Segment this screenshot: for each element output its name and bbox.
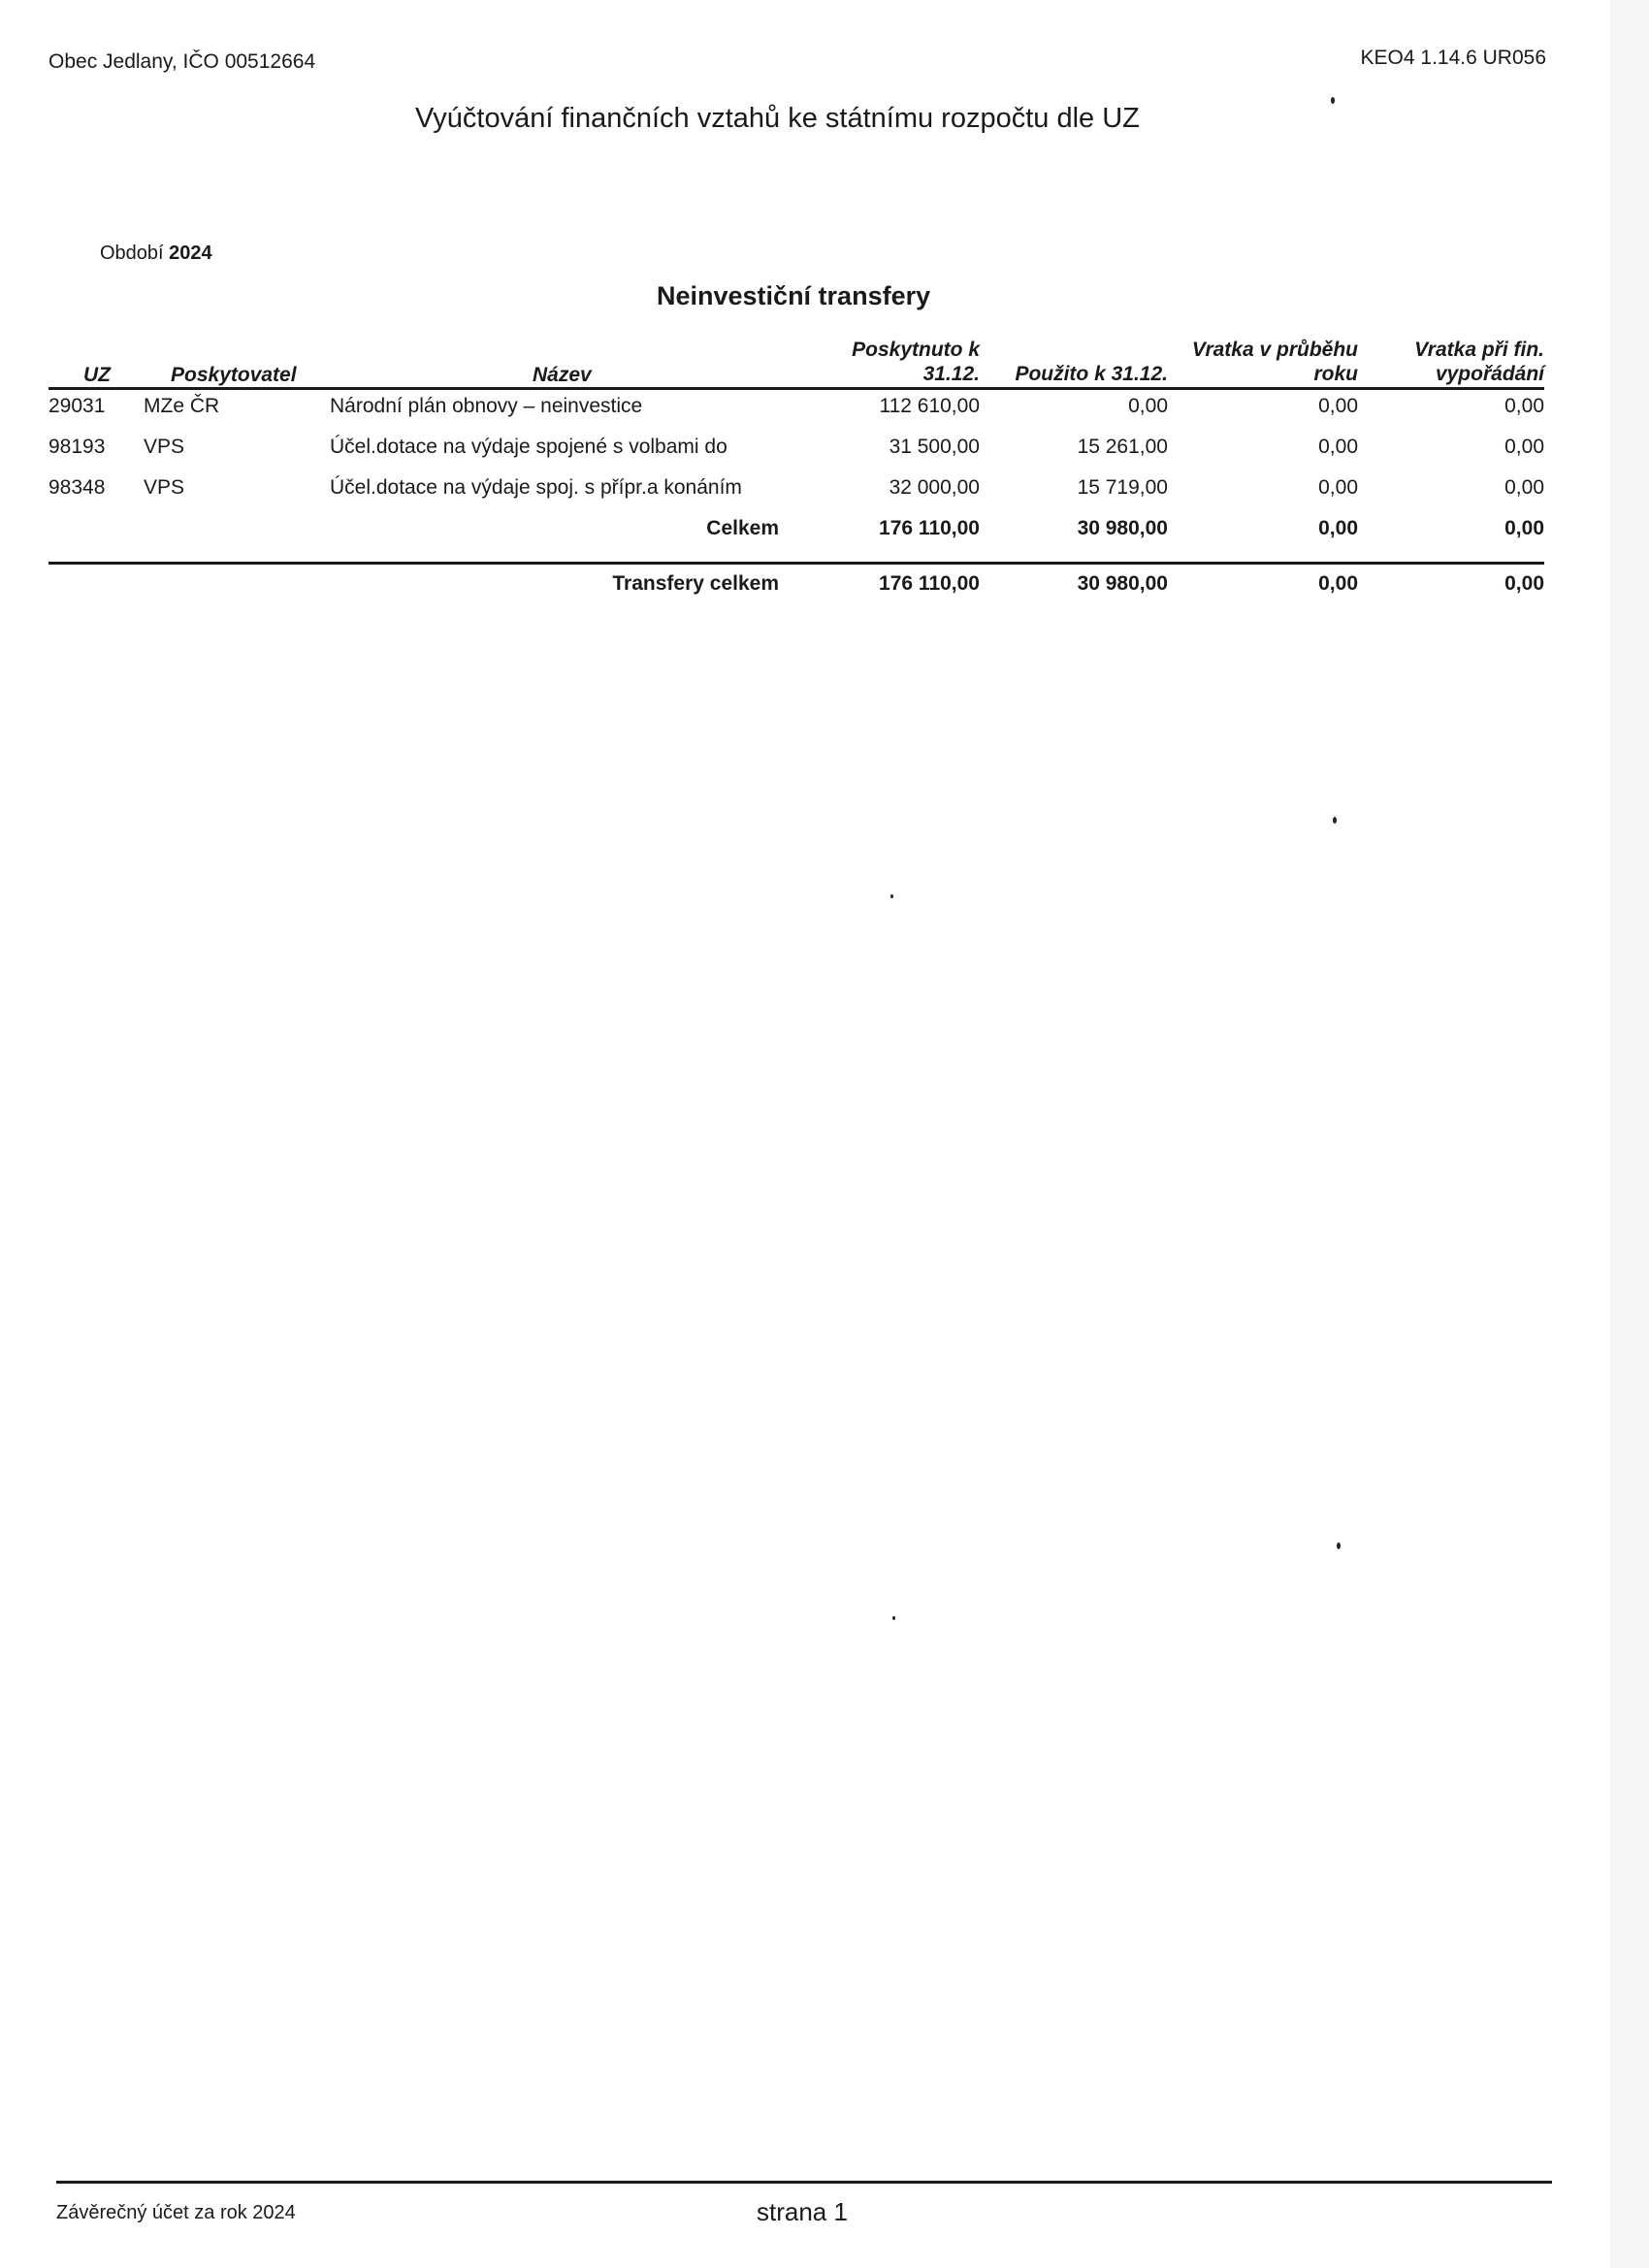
document-title: Vyúčtování finančních vztahů ke státnímu… <box>415 103 1140 135</box>
row-uz: 98348 <box>48 476 105 500</box>
period: Období 2024 <box>100 243 212 265</box>
grand-total-refund-settle: 0,00 <box>1504 572 1544 596</box>
grand-total-used: 30 980,00 <box>1078 572 1168 596</box>
period-label: Období <box>100 243 164 264</box>
software-version: KEO4 1.14.6 UR056 <box>1361 47 1546 70</box>
scan-speck <box>1337 1542 1341 1549</box>
row-name: Účel.dotace na výdaje spojené s volbami … <box>330 436 727 459</box>
col-refund-year-line1: Vratka v průběhu <box>1192 338 1358 362</box>
col-provided-line1: Poskytnuto k <box>852 338 980 362</box>
header-divider <box>48 387 1544 390</box>
row-name: Účel.dotace na výdaje spoj. s přípr.a ko… <box>330 476 742 500</box>
row-provided: 32 000,00 <box>889 476 980 500</box>
row-used: 0,00 <box>1128 395 1168 418</box>
row-uz: 29031 <box>48 395 105 418</box>
scan-speck <box>1331 97 1335 104</box>
row-used: 15 719,00 <box>1078 476 1168 500</box>
row-refund-year: 0,00 <box>1318 436 1358 459</box>
row-provider: VPS <box>144 476 184 500</box>
col-refund-year: Vratka v průběhu roku <box>1192 338 1358 386</box>
col-uz: UZ <box>83 363 111 387</box>
row-uz: 98193 <box>48 436 105 459</box>
row-refund-settle: 0,00 <box>1504 476 1544 500</box>
subtotal-refund-settle: 0,00 <box>1504 517 1544 540</box>
col-refund-settle: Vratka při fin. vypořádání <box>1414 338 1544 386</box>
organization-label: Obec Jedlany, IČO 00512664 <box>48 50 315 74</box>
col-provided-line2: 31.12. <box>852 362 980 386</box>
subtotal-label: Celkem <box>706 517 779 540</box>
page-number: strana 1 <box>757 2197 848 2227</box>
row-provided: 112 610,00 <box>879 395 980 418</box>
total-divider <box>48 562 1544 565</box>
scan-speck <box>890 894 893 898</box>
footer-divider <box>56 2181 1552 2184</box>
grand-total-provided: 176 110,00 <box>879 572 980 596</box>
subtotal-refund-year: 0,00 <box>1318 517 1358 540</box>
subtotal-used: 30 980,00 <box>1078 517 1168 540</box>
period-value: 2024 <box>169 243 212 264</box>
col-used: Použito k 31.12. <box>1015 362 1168 386</box>
row-provider: MZe ČR <box>144 395 219 418</box>
row-used: 15 261,00 <box>1078 436 1168 459</box>
col-refund-settle-line2: vypořádání <box>1414 362 1544 386</box>
section-title: Neinvestiční transfery <box>657 281 930 311</box>
row-refund-settle: 0,00 <box>1504 395 1544 418</box>
row-refund-year: 0,00 <box>1318 476 1358 500</box>
col-name: Název <box>533 363 592 387</box>
subtotal-provided: 176 110,00 <box>879 517 980 540</box>
footer-document-name: Závěrečný účet za rok 2024 <box>56 2202 296 2224</box>
scan-speck <box>892 1616 895 1620</box>
row-refund-year: 0,00 <box>1318 395 1358 418</box>
grand-total-label: Transfery celkem <box>612 572 779 596</box>
row-provided: 31 500,00 <box>889 436 980 459</box>
col-refund-settle-line1: Vratka při fin. <box>1414 338 1544 362</box>
row-provider: VPS <box>144 436 184 459</box>
scan-speck <box>1333 817 1337 824</box>
row-name: Národní plán obnovy – neinvestice <box>330 395 642 418</box>
scan-edge <box>1610 0 1649 2268</box>
grand-total-refund-year: 0,00 <box>1318 572 1358 596</box>
row-refund-settle: 0,00 <box>1504 436 1544 459</box>
col-provided: Poskytnuto k 31.12. <box>852 338 980 386</box>
col-refund-year-line2: roku <box>1192 362 1358 386</box>
col-provider: Poskytovatel <box>171 363 297 387</box>
